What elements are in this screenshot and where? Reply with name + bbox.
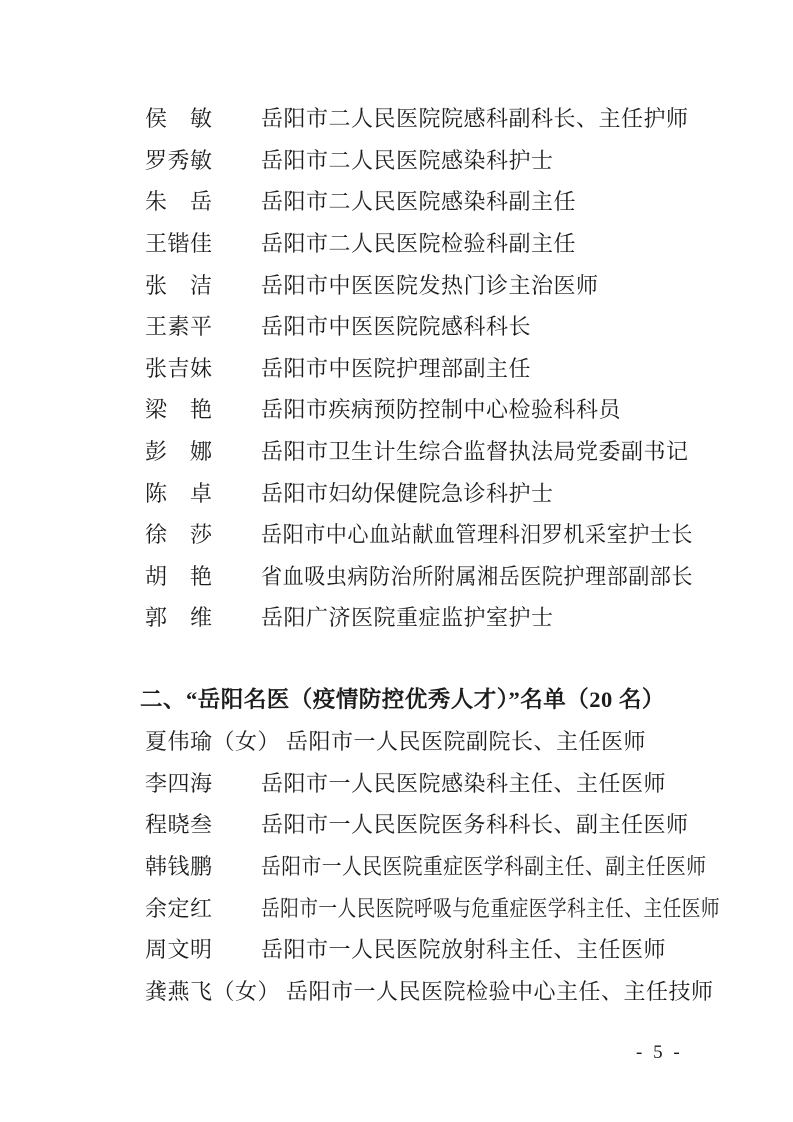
list-item: 龚燕飞（女） 岳阳市一人民医院检验中心主任、主任技师: [145, 970, 793, 1012]
person-title: 岳阳市一人民医院呼吸与危重症医学科主任、主任医师: [261, 892, 720, 923]
person-title: 岳阳市卫生计生综合监督执法局党委副书记: [261, 435, 689, 466]
person-title: 岳阳市中心血站献血管理科汨罗机采室护士长: [261, 518, 693, 549]
person-title: 岳阳市疾病预防控制中心检验科科员: [261, 393, 621, 424]
list-item: 王素平 岳阳市中医医院院感科科长: [145, 305, 711, 347]
person-name: 王素平: [145, 310, 255, 341]
list-item: 陈 卓 岳阳市妇幼保健院急诊科护士: [145, 471, 711, 513]
list-item: 胡 艳 省血吸虫病防治所附属湘岳医院护理部副部长: [145, 555, 711, 597]
person-name: 李四海: [145, 767, 255, 798]
person-name: 余定红: [145, 892, 255, 923]
list-item: 朱 岳 岳阳市二人民医院感染科副主任: [145, 180, 711, 222]
person-name: 侯 敏: [145, 102, 255, 133]
list-item: 徐 莎 岳阳市中心血站献血管理科汨罗机采室护士长: [145, 513, 711, 555]
person-title: 岳阳市中医医院发热门诊主治医师: [261, 269, 599, 300]
list-item: 王锴佳 岳阳市二人民医院检验科副主任: [145, 222, 711, 264]
list-item: 余定红 岳阳市一人民医院呼吸与危重症医学科主任、主任医师: [145, 886, 793, 928]
list-item: 张吉妹 岳阳市中医院护理部副主任: [145, 347, 711, 389]
list-item: 韩钱鹏 岳阳市一人民医院重症医学科副主任、副主任医师: [145, 845, 793, 887]
person-title: 岳阳市一人民医院医务科科长、副主任医师: [261, 808, 689, 839]
person-title: 岳阳市二人民医院院感科副科长、主任护师: [261, 102, 689, 133]
list-item: 李四海 岳阳市一人民医院感染科主任、主任医师: [145, 762, 793, 804]
person-title: 省血吸虫病防治所附属湘岳医院护理部副部长: [261, 560, 693, 591]
section-heading: 二、“岳阳名医（疫情防控优秀人才）”名单（20 名）: [140, 682, 665, 714]
person-title: 岳阳市二人民医院感染科副主任: [261, 185, 576, 216]
list-item: 侯 敏 岳阳市二人民医院院感科副科长、主任护师: [145, 97, 711, 139]
person-title: 岳阳市一人民医院感染科主任、主任医师: [261, 767, 666, 798]
person-name: 王锴佳: [145, 227, 255, 258]
person-name: 朱 岳: [145, 185, 255, 216]
list-item: 梁 艳 岳阳市疾病预防控制中心检验科科员: [145, 388, 711, 430]
person-name: 张 洁: [145, 269, 255, 300]
person-name: 彭 娜: [145, 435, 255, 466]
commendation-list-section-2: 夏伟瑜（女） 岳阳市一人民医院副院长、主任医师 李四海 岳阳市一人民医院感染科主…: [145, 720, 793, 1011]
person-name: 梁 艳: [145, 393, 255, 424]
person-title: 岳阳市一人民医院检验中心主任、主任技师: [286, 975, 714, 1006]
list-item: 郭 维 岳阳广济医院重症监护室护士: [145, 596, 711, 638]
person-title: 岳阳市一人民医院放射科主任、主任医师: [261, 933, 666, 964]
list-item: 周文明 岳阳市一人民医院放射科主任、主任医师: [145, 928, 793, 970]
person-title: 岳阳市中医院护理部副主任: [261, 352, 531, 383]
list-item: 彭 娜 岳阳市卫生计生综合监督执法局党委副书记: [145, 430, 711, 472]
person-name: 程晓叁: [145, 808, 255, 839]
person-name: 韩钱鹏: [145, 850, 255, 881]
list-item: 夏伟瑜（女） 岳阳市一人民医院副院长、主任医师: [145, 720, 793, 762]
person-name: 陈 卓: [145, 477, 255, 508]
commendation-list-section-1: 侯 敏 岳阳市二人民医院院感科副科长、主任护师 罗秀敏 岳阳市二人民医院感染科护…: [145, 97, 711, 638]
document-page: 侯 敏 岳阳市二人民医院院感科副科长、主任护师 罗秀敏 岳阳市二人民医院感染科护…: [0, 0, 793, 1122]
person-name: 龚燕飞（女）: [145, 975, 280, 1006]
page-number: - 5 -: [636, 1042, 683, 1064]
person-title: 岳阳市二人民医院感染科护士: [261, 144, 554, 175]
person-name: 罗秀敏: [145, 144, 255, 175]
list-item: 张 洁 岳阳市中医医院发热门诊主治医师: [145, 263, 711, 305]
person-title: 岳阳广济医院重症监护室护士: [261, 601, 554, 632]
person-name: 徐 莎: [145, 518, 255, 549]
list-item: 程晓叁 岳阳市一人民医院医务科科长、副主任医师: [145, 803, 793, 845]
list-item: 罗秀敏 岳阳市二人民医院感染科护士: [145, 139, 711, 181]
person-title: 岳阳市二人民医院检验科副主任: [261, 227, 576, 258]
person-name: 张吉妹: [145, 352, 255, 383]
person-name: 胡 艳: [145, 560, 255, 591]
person-title: 岳阳市一人民医院重症医学科副主任、副主任医师: [261, 850, 707, 881]
person-name: 周文明: [145, 933, 255, 964]
person-title: 岳阳市中医医院院感科科长: [261, 310, 531, 341]
person-title: 岳阳市妇幼保健院急诊科护士: [261, 477, 554, 508]
person-name: 夏伟瑜（女）: [145, 725, 280, 756]
person-title: 岳阳市一人民医院副院长、主任医师: [286, 725, 646, 756]
person-name: 郭 维: [145, 601, 255, 632]
